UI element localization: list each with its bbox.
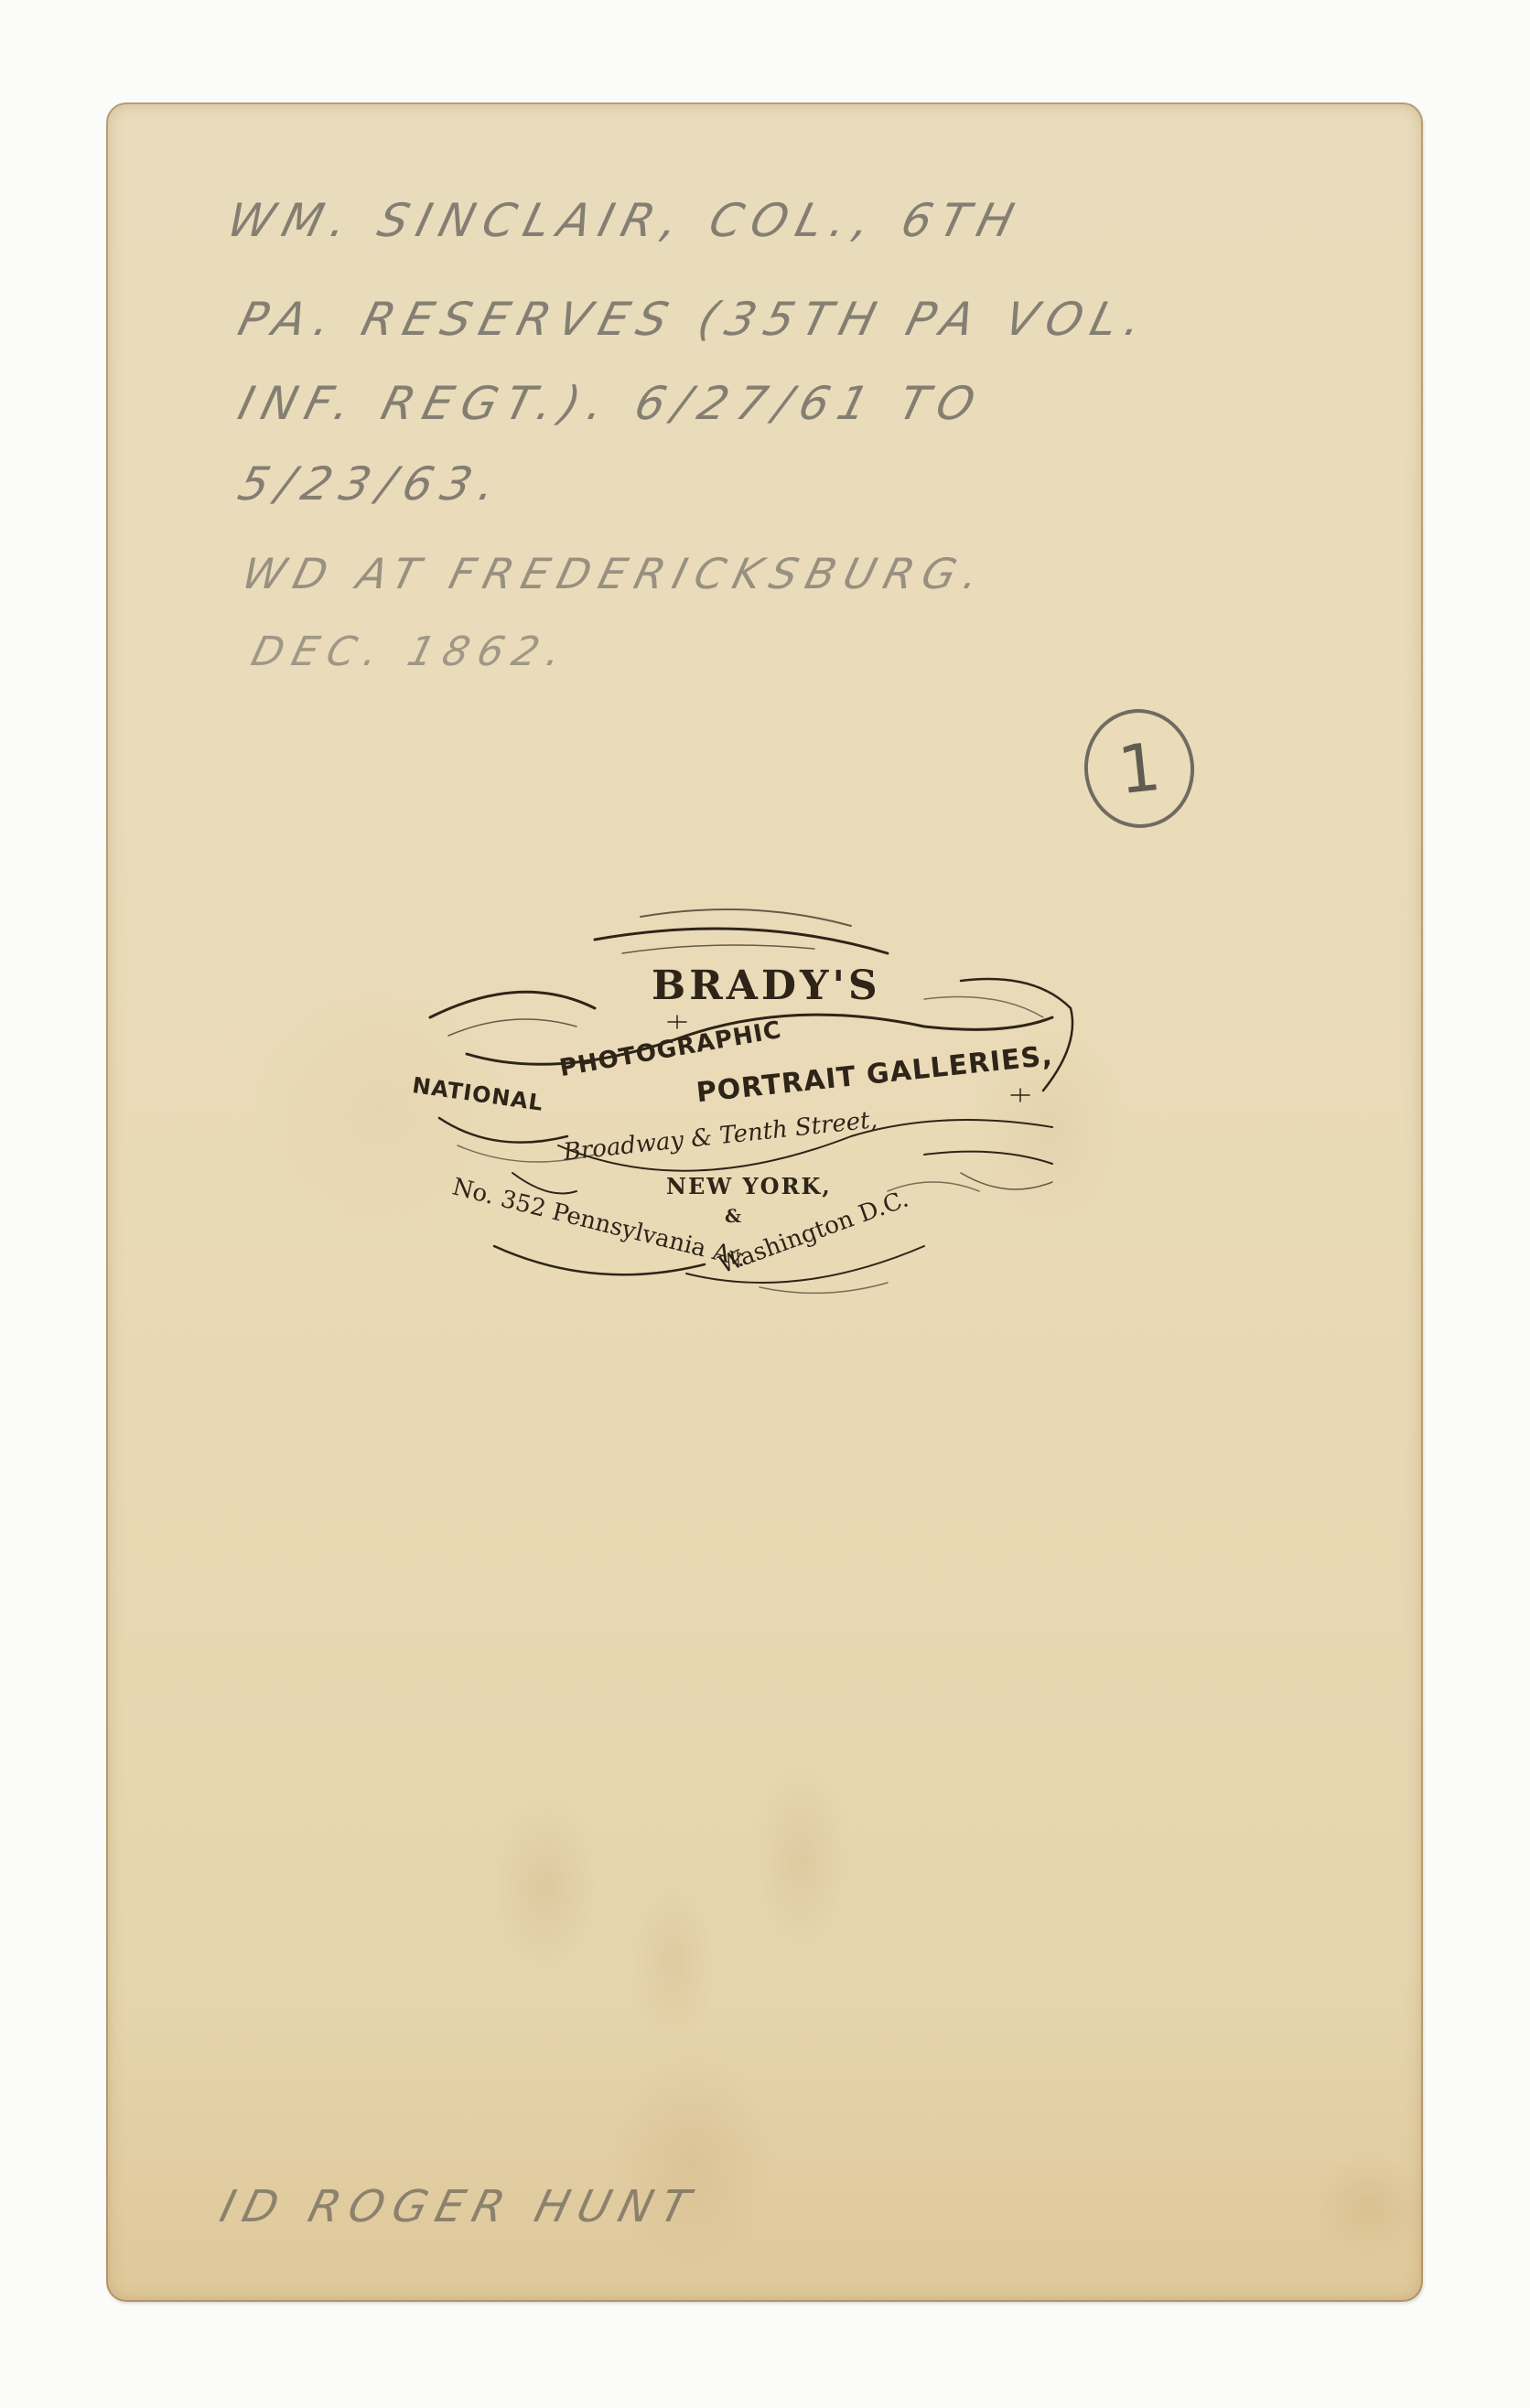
handwritten-line-end-date: 5/23/63. [233, 457, 511, 511]
handwritten-line-regiment: PA. Reserves (35th PA Vol. [233, 293, 1157, 346]
stamp-line-new-york: NEW YORK, [666, 1173, 832, 1199]
handwritten-line-wounded: Wd at Fredericksburg. [237, 549, 993, 598]
circled-number-value: 1 [1115, 728, 1164, 809]
handwritten-line-service-dates: Inf. Regt.). 6/27/61 to [233, 377, 989, 430]
handwritten-line-name: Wm. Sinclair, Col., 6th [222, 194, 1029, 247]
photographer-imprint-stamp: BRADY'S PHOTOGRAPHIC NATIONAL PORTRAIT G… [412, 898, 1089, 1310]
handwritten-attribution: ID Roger Hunt [215, 2181, 704, 2232]
stamp-title: BRADY'S [652, 962, 881, 1009]
handwritten-line-wound-date: Dec. 1862. [247, 629, 576, 675]
stamp-line-ampersand: & [725, 1205, 741, 1227]
photo-card-back: Wm. Sinclair, Col., 6th PA. Reserves (35… [106, 102, 1423, 2302]
circled-number: 1 [1079, 704, 1201, 833]
